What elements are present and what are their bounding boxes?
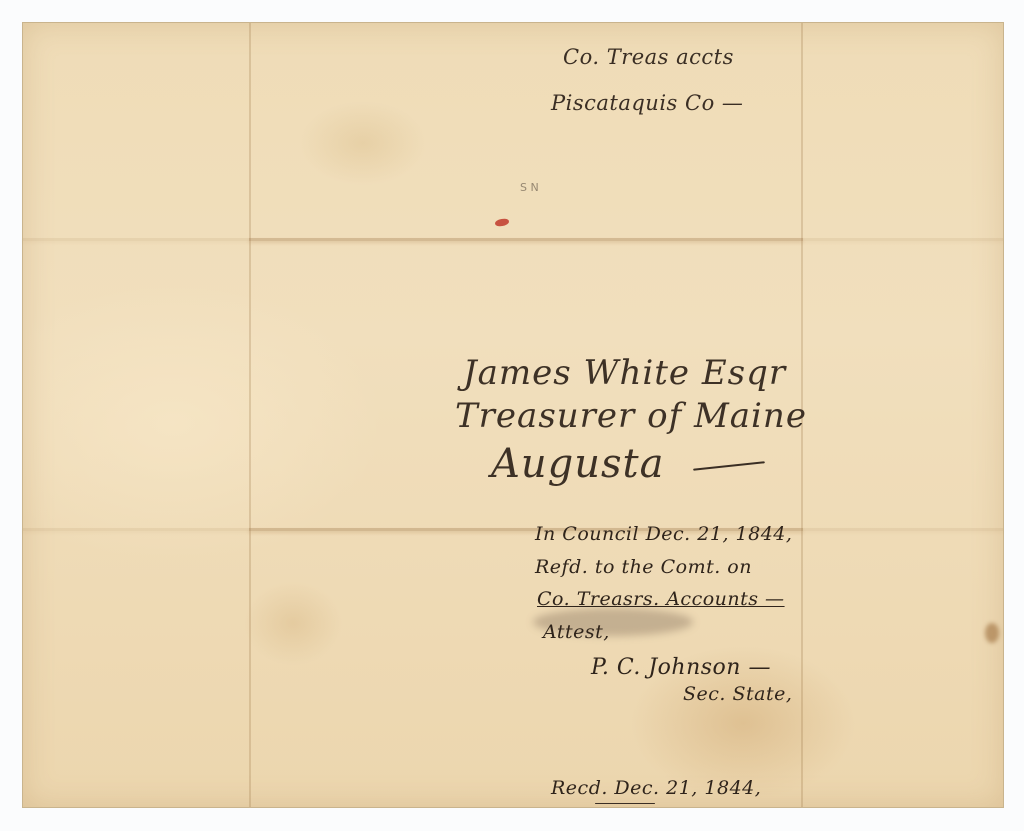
address-city: Augusta	[491, 441, 664, 487]
council-note-attest: Attest,	[543, 621, 610, 643]
faint-stamp-mark: S N	[520, 181, 539, 194]
document-paper: Co. Treas accts Piscataquis Co — S N Jam…	[22, 22, 1004, 808]
address-flourish	[693, 461, 765, 471]
address-title: Treasurer of Maine	[455, 396, 807, 436]
received-date-note: Recd. Dec. 21, 1844,	[551, 777, 761, 799]
horizontal-fold-bottom-faint	[23, 528, 1003, 531]
council-note-line-2: Refd. to the Comt. on	[535, 556, 752, 578]
address-name: James White Esqr	[463, 353, 786, 393]
council-note-line-1: In Council Dec. 21, 1844,	[535, 523, 792, 545]
wax-seal-mark	[495, 218, 510, 227]
docket-line-1: Co. Treas accts	[563, 45, 734, 69]
received-underline	[595, 803, 655, 804]
docket-line-2: Piscataquis Co —	[551, 91, 743, 115]
horizontal-fold-top-faint	[23, 238, 1003, 241]
council-note-signature: P. C. Johnson —	[591, 655, 771, 680]
council-note-line-3: Co. Treasrs. Accounts —	[537, 588, 785, 610]
edge-stain	[985, 623, 999, 643]
council-note-signature-title: Sec. State,	[683, 683, 792, 705]
vertical-fold-left	[249, 23, 251, 807]
